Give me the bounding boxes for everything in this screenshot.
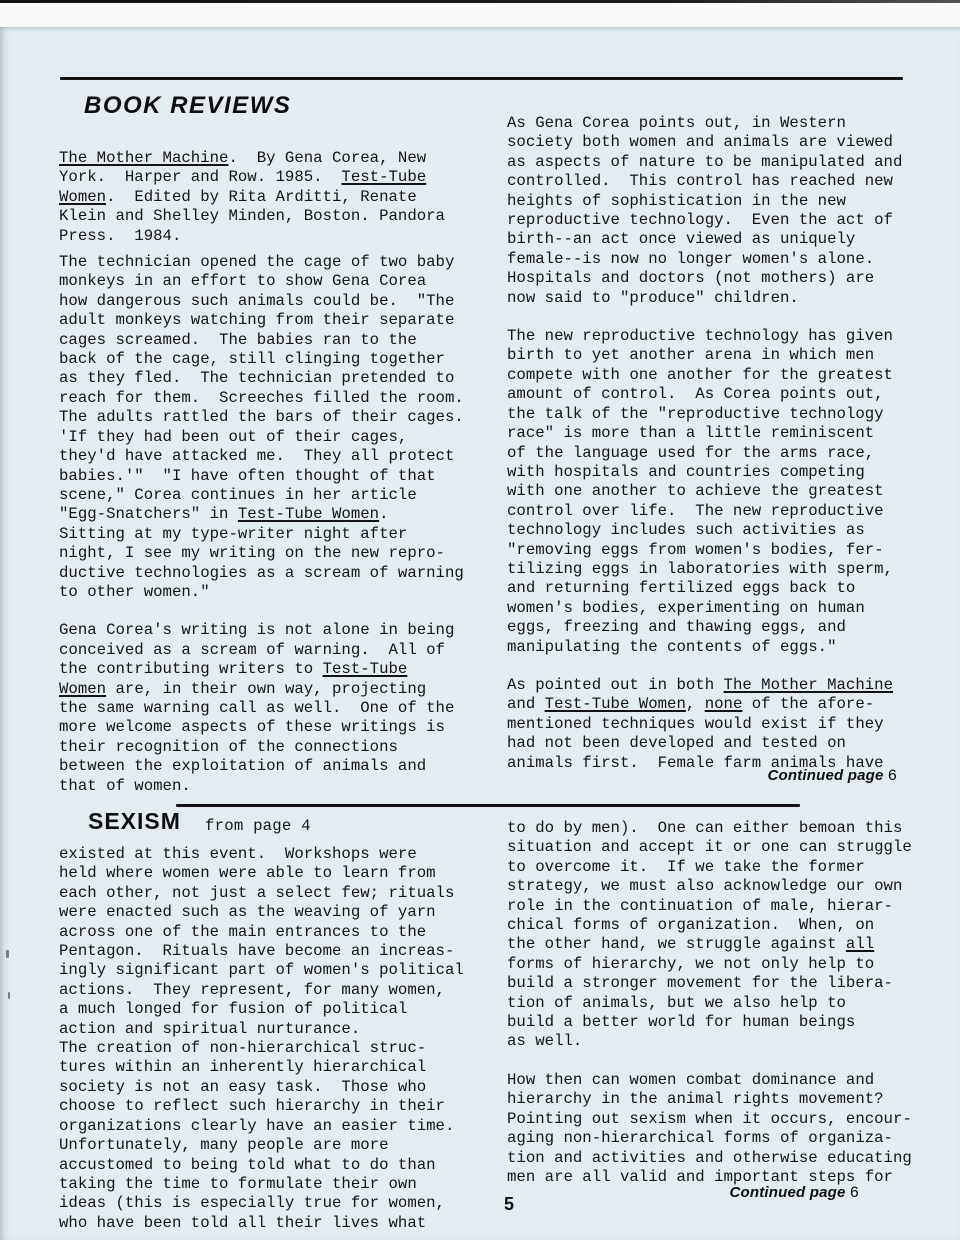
text-segment: with one another to achieve the greatest [507,482,884,500]
text-line: actions. They represent, for many women, [59,981,479,1000]
text-segment: The new reproductive technology has give… [507,327,893,345]
text-line: and Test-Tube Women, none of the afore- [507,695,927,714]
text-segment: their recognition of the connections [59,738,398,756]
text-line: heights of sophistication in the new [507,192,927,211]
underlined-text: The Mother Machine [724,676,893,694]
text-line: how dangerous such animals could be. "Th… [59,292,479,311]
text-segment: babies.'" "I have often thought of that [59,467,436,485]
text-line: were enacted such as the weaving of yarn [59,903,479,922]
text-segment: women's bodies, experimenting on human [507,599,865,617]
continued-page-note-sexism: Continued page6 [507,1184,859,1202]
text-segment: Pointing out sexism when it occurs, enco… [507,1110,912,1128]
text-segment: Unfortunately, many people are more [59,1136,389,1154]
text-line: As Gena Corea points out, in Western [507,114,927,133]
text-line: Klein and Shelley Minden, Boston. Pandor… [59,207,479,226]
text-line: reach for them. Screeches filled the roo… [59,389,479,408]
underlined-text: Test-Tube [341,168,426,186]
text-segment: birth--an act once viewed as uniquely [507,230,855,248]
text-segment: eggs, freezing and thawing eggs, and [507,618,846,636]
text-segment: more welcome aspects of these writings i… [59,718,445,736]
text-line: more welcome aspects of these writings i… [59,718,479,737]
paragraph: The new reproductive technology has give… [507,327,927,657]
text-line: each other, not just a select few; ritua… [59,884,479,903]
text-segment: As pointed out in both [507,676,724,694]
text-segment: to other women." [59,583,210,601]
text-segment: controlled. This control has reached new [507,172,893,190]
text-line: The technician opened the cage of two ba… [59,253,479,272]
text-line: back of the cage, still clinging togethe… [59,350,479,369]
text-segment: cages screamed. The babies ran to the [59,331,417,349]
text-line: monkeys in an effort to show Gena Corea [59,272,479,291]
continued-page-number: 6 [888,767,897,785]
text-line: women's bodies, experimenting on human [507,599,927,618]
text-line: society both women and animals are viewe… [507,133,927,152]
text-line: tures within an inherently hierarchical [59,1058,479,1077]
text-line: forms of hierarchy, we not only help to [507,955,927,974]
text-line: Women. Edited by Rita Arditti, Renate [59,188,479,207]
text-segment: , [686,695,705,713]
text-segment: reproductive technology. Even the act of [507,211,893,229]
text-line: as aspects of nature to be manipulated a… [507,153,927,172]
continued-label: Continued page [729,1184,845,1201]
underlined-text: Test-Tube [323,660,408,678]
text-line: The Mother Machine. By Gena Corea, New [59,149,479,168]
underlined-text: The Mother Machine [59,149,228,167]
text-line: technology includes such activities as [507,521,927,540]
text-segment: scene," Corea continues in her article [59,486,417,504]
sexism-heading: SEXISM [88,808,181,835]
text-segment: . [379,505,388,523]
text-segment: Klein and Shelley Minden, Boston. Pandor… [59,207,445,225]
scan-speck [6,950,9,958]
text-line: build a better world for human beings [507,1013,927,1032]
text-segment: society both women and animals are viewe… [507,133,893,151]
text-segment: they'd have attacked me. They all protec… [59,447,454,465]
text-segment: Pentagon. Rituals have become an increas… [59,942,454,960]
text-line: a much longed for fusion of political [59,1000,479,1019]
scan-edge-artifact [0,0,960,3]
text-line: Gena Corea's writing is not alone in bei… [59,621,479,640]
text-segment: between the exploitation of animals and [59,757,426,775]
text-line: birth to yet another arena in which men [507,346,927,365]
text-line: as well. [507,1032,927,1051]
underlined-text: Women [59,680,106,698]
text-segment: manipulating the contents of eggs." [507,638,837,656]
text-line: tilizing eggs in laboratories with sperm… [507,560,927,579]
paragraph: to do by men). One can either bemoan thi… [507,819,927,1052]
text-segment: York. Harper and Row. 1985. [59,168,341,186]
text-segment: the same warning call as well. One of th… [59,699,454,717]
text-segment: strategy, we must also acknowledge our o… [507,877,902,895]
top-horizontal-rule [60,77,903,80]
continued-page-note-book-reviews: Continued page6 [507,767,897,785]
text-line: tion and activities and otherwise educat… [507,1149,927,1168]
text-segment: now said to "produce" children. [507,289,799,307]
underlined-text: none [705,695,743,713]
text-segment: and returning fertilized eggs back to [507,579,855,597]
text-segment: taking the time to formulate their own [59,1175,417,1193]
text-segment: As Gena Corea points out, in Western [507,114,846,132]
text-line: Hospitals and doctors (not mothers) are [507,269,927,288]
text-line: with hospitals and countries competing [507,463,927,482]
text-segment: . By Gena Corea, New [228,149,426,167]
section-divider-rule [176,804,800,807]
text-line: accustomed to being told what to do than [59,1156,479,1175]
text-segment: reach for them. Screeches filled the roo… [59,389,464,407]
text-line: York. Harper and Row. 1985. Test-Tube [59,168,479,187]
text-line: Women are, in their own way, projecting [59,680,479,699]
text-line: they'd have attacked me. They all protec… [59,447,479,466]
text-segment: of the afore- [742,695,874,713]
text-line: had not been developed and tested on [507,734,927,753]
text-line: Unfortunately, many people are more [59,1136,479,1155]
text-segment: tion and activities and otherwise educat… [507,1149,912,1167]
underlined-text: Test-Tube Women [545,695,686,713]
text-segment: tion of animals, but we also help to [507,994,846,1012]
text-line: ideas (this is especially true for women… [59,1194,479,1213]
text-segment: as aspects of nature to be manipulated a… [507,153,902,171]
text-segment: ductive technologies as a scream of warn… [59,564,464,582]
paragraph: Gena Corea's writing is not alone in bei… [59,621,479,796]
text-line: society is not an easy task. Those who [59,1078,479,1097]
text-line: strategy, we must also acknowledge our o… [507,877,927,896]
text-segment: build a stronger movement for the libera… [507,974,893,992]
text-line: eggs, freezing and thawing eggs, and [507,618,927,637]
text-segment: forms of hierarchy, we not only help to [507,955,874,973]
text-segment: technology includes such activities as [507,521,865,539]
text-line: Pentagon. Rituals have become an increas… [59,942,479,961]
text-segment: a much longed for fusion of political [59,1000,407,1018]
text-segment: "removing eggs from women's bodies, fer- [507,541,884,559]
paragraph: The Mother Machine. By Gena Corea, NewYo… [59,149,479,246]
text-segment: the other hand, we struggle against [507,935,846,953]
text-line: The creation of non-hierarchical struc- [59,1039,479,1058]
text-segment: mentioned techniques would exist if they [507,715,884,733]
text-line: "removing eggs from women's bodies, fer- [507,541,927,560]
text-segment: had not been developed and tested on [507,734,846,752]
text-line: to overcome it. If we take the former [507,858,927,877]
text-segment: society is not an easy task. Those who [59,1078,426,1096]
text-line: held where women were able to learn from [59,864,479,883]
text-segment: each other, not just a select few; ritua… [59,884,454,902]
text-segment: aging non-hierarchical forms of organiza… [507,1129,893,1147]
text-line: The adults rattled the bars of their cag… [59,408,479,427]
text-segment: monkeys in an effort to show Gena Corea [59,272,426,290]
text-line: As pointed out in both The Mother Machin… [507,676,927,695]
text-segment: the talk of the "reproductive technology [507,405,884,423]
text-segment: ingly significant part of women's politi… [59,961,464,979]
paragraph: How then can women combat dominance andh… [507,1071,927,1187]
text-segment: The creation of non-hierarchical struc- [59,1039,426,1057]
text-line: ingly significant part of women's politi… [59,961,479,980]
text-line: the contributing writers to Test-Tube [59,660,479,679]
text-segment: action and spiritual nurturance. [59,1020,360,1038]
text-segment: to do by men). One can either bemoan thi… [507,819,902,837]
text-line: adult monkeys watching from their separa… [59,311,479,330]
text-segment: are, in their own way, projecting [106,680,426,698]
text-line: reproductive technology. Even the act of [507,211,927,230]
text-segment: female--is now no longer women's alone. [507,250,874,268]
text-segment: were enacted such as the weaving of yarn [59,903,436,921]
text-segment: actions. They represent, for many women, [59,981,445,999]
text-line: Press. 1984. [59,227,479,246]
text-line: scene," Corea continues in her article [59,486,479,505]
text-line: as they fled. The technician pretended t… [59,369,479,388]
text-segment: to overcome it. If we take the former [507,858,865,876]
text-line: mentioned techniques would exist if they [507,715,927,734]
text-line: of the language used for the arms race, [507,444,927,463]
text-line: manipulating the contents of eggs." [507,638,927,657]
text-line: controlled. This control has reached new [507,172,927,191]
text-segment: tilizing eggs in laboratories with sperm… [507,560,893,578]
text-line: between the exploitation of animals and [59,757,479,776]
text-line: the talk of the "reproductive technology [507,405,927,424]
paragraph: The technician opened the cage of two ba… [59,253,479,602]
text-line: across one of the main entrances to the [59,923,479,942]
text-segment: 'If they had been out of their cages, [59,428,407,446]
sexism-left-column: existed at this event. Workshops werehel… [59,845,479,1233]
text-segment: tures within an inherently hierarchical [59,1058,426,1076]
text-segment: across one of the main entrances to the [59,923,426,941]
text-line: conceived as a scream of warning. All of [59,641,479,660]
text-segment: hierarchy in the animal rights movement? [507,1090,884,1108]
text-line: race" is more than a little reminiscent [507,424,927,443]
text-segment: choose to reflect such hierarchy in thei… [59,1097,445,1115]
scan-speck [8,992,10,999]
text-line: the other hand, we struggle against all [507,935,927,954]
underlined-text: Test-Tube Women [238,505,379,523]
text-line: and returning fertilized eggs back to [507,579,927,598]
text-segment: role in the continuation of male, hierar… [507,897,893,915]
text-line: hierarchy in the animal rights movement? [507,1090,927,1109]
text-line: action and spiritual nurturance. [59,1020,479,1039]
text-segment: of the language used for the arms race, [507,444,874,462]
text-segment: The adults rattled the bars of their cag… [59,408,464,426]
text-line: situation and accept it or one can strug… [507,838,927,857]
text-line: choose to reflect such hierarchy in thei… [59,1097,479,1116]
text-segment: heights of sophistication in the new [507,192,846,210]
text-line: female--is now no longer women's alone. [507,250,927,269]
text-segment: as they fled. The technician pretended t… [59,369,454,387]
book-reviews-right-column: As Gena Corea points out, in Westernsoci… [507,114,927,773]
text-segment: Gena Corea's writing is not alone in bei… [59,621,454,639]
text-line: 'If they had been out of their cages, [59,428,479,447]
text-segment: control over life. The new reproductive [507,502,884,520]
text-segment: accustomed to being told what to do than [59,1156,436,1174]
text-line: aging non-hierarchical forms of organiza… [507,1129,927,1148]
text-line: now said to "produce" children. [507,289,927,308]
text-line: their recognition of the connections [59,738,479,757]
text-segment: night, I see my writing on the new repro… [59,544,445,562]
text-line: tion of animals, but we also help to [507,994,927,1013]
text-segment: race" is more than a little reminiscent [507,424,874,442]
text-segment: Press. 1984. [59,227,181,245]
text-line: that of women. [59,777,479,796]
text-line: The new reproductive technology has give… [507,327,927,346]
text-line: to other women." [59,583,479,602]
text-segment: birth to yet another arena in which men [507,346,874,364]
text-segment: that of women. [59,777,191,795]
text-line: to do by men). One can either bemoan thi… [507,819,927,838]
text-segment: back of the cage, still clinging togethe… [59,350,445,368]
text-segment: the contributing writers to [59,660,323,678]
text-line: existed at this event. Workshops were [59,845,479,864]
text-segment: existed at this event. Workshops were [59,845,417,863]
text-segment: who have been told all their lives what [59,1214,426,1232]
continued-label: Continued page [767,767,883,784]
text-segment: "Egg-Snatchers" in [59,505,238,523]
text-line: role in the continuation of male, hierar… [507,897,927,916]
text-segment: How then can women combat dominance and [507,1071,874,1089]
text-line: chical forms of organization. When, on [507,916,927,935]
sexism-right-column: to do by men). One can either bemoan thi… [507,819,927,1187]
text-line: cages screamed. The babies ran to the [59,331,479,350]
text-line: birth--an act once viewed as uniquely [507,230,927,249]
text-line: with one another to achieve the greatest [507,482,927,501]
text-line: build a stronger movement for the libera… [507,974,927,993]
text-line: the same warning call as well. One of th… [59,699,479,718]
text-segment: with hospitals and countries competing [507,463,865,481]
book-reviews-left-column: The Mother Machine. By Gena Corea, NewYo… [59,149,479,796]
text-segment: compete with one another for the greates… [507,366,893,384]
text-line: compete with one another for the greates… [507,366,927,385]
text-line: who have been told all their lives what [59,1214,479,1233]
underlined-text: Women [59,188,106,206]
text-segment: situation and accept it or one can strug… [507,838,912,856]
text-segment: chical forms of organization. When, on [507,916,874,934]
text-line: control over life. The new reproductive [507,502,927,521]
text-line: "Egg-Snatchers" in Test-Tube Women. [59,505,479,524]
text-line: organizations clearly have an easier tim… [59,1117,479,1136]
sexism-from-page-note: from page 4 [205,817,311,835]
text-line: taking the time to formulate their own [59,1175,479,1194]
text-segment: Sitting at my type-writer night after [59,525,407,543]
text-line: night, I see my writing on the new repro… [59,544,479,563]
text-segment: . Edited by Rita Arditti, Renate [106,188,417,206]
text-segment: organizations clearly have an easier tim… [59,1117,454,1135]
underlined-text: all [846,935,874,953]
paragraph: existed at this event. Workshops werehel… [59,845,479,1233]
page-number: 5 [504,1194,514,1215]
text-line: Sitting at my type-writer night after [59,525,479,544]
text-segment: held where women were able to learn from [59,864,436,882]
continued-page-number: 6 [850,1184,859,1202]
text-segment: Hospitals and doctors (not mothers) are [507,269,874,287]
text-segment: adult monkeys watching from their separa… [59,311,454,329]
text-segment: build a better world for human beings [507,1013,855,1031]
text-line: babies.'" "I have often thought of that [59,467,479,486]
text-line: Pointing out sexism when it occurs, enco… [507,1110,927,1129]
text-segment: as well. [507,1032,582,1050]
text-line: How then can women combat dominance and [507,1071,927,1090]
text-segment: amount of control. As Corea points out, [507,385,884,403]
text-segment: how dangerous such animals could be. "Th… [59,292,454,310]
text-line: ductive technologies as a scream of warn… [59,564,479,583]
text-segment: The technician opened the cage of two ba… [59,253,454,271]
text-segment: ideas (this is especially true for women… [59,1194,445,1212]
text-line: amount of control. As Corea points out, [507,385,927,404]
text-segment: and [507,695,545,713]
paragraph: As Gena Corea points out, in Westernsoci… [507,114,927,308]
book-reviews-heading: BOOK REVIEWS [84,92,291,120]
paragraph: As pointed out in both The Mother Machin… [507,676,927,773]
text-segment: conceived as a scream of warning. All of [59,641,445,659]
